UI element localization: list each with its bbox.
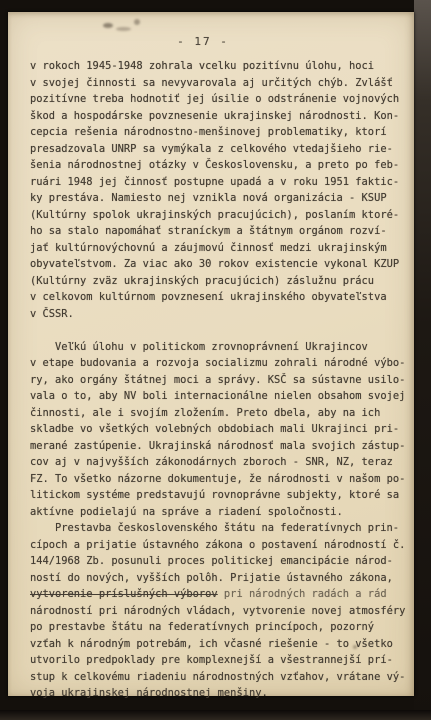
- text-line: ry, ako orgány štátnej moci a správy. KS…: [30, 372, 412, 389]
- page-number: - 17 -: [8, 35, 414, 48]
- text-line: v svojej činnosti sa nevyvarovala aj urč…: [30, 75, 412, 92]
- text-line: jať kultúrnovýchovnú a záujmovú činnosť …: [30, 240, 412, 257]
- text-line: litickom systéme predstavujú rovnoprávne…: [30, 487, 412, 504]
- book-gutter-shadow-right: [414, 0, 431, 720]
- text-segment: vzťah k národným potrebám, ich včasné ri…: [30, 638, 393, 650]
- document-page: - 17 - v rokoch 1945-1948 zohrala vcelku…: [8, 12, 414, 696]
- text-segment: škod a hospodárske povznesenie ukrajinsk…: [30, 110, 399, 122]
- text-line: vytvorenie príslušných výborov pri národ…: [30, 586, 412, 603]
- text-segment: šenia národnostnej otázky v Českoslovens…: [30, 159, 399, 171]
- text-line: cepcia rešenia národnostno-menšinovej pr…: [30, 124, 412, 141]
- text-segment: národností pri národných vládach, vytvor…: [30, 605, 405, 617]
- text-line: vala o to, aby NV boli internacionálne n…: [30, 388, 412, 405]
- text-line: presadzovala UNRP sa vymýkala z celkovéh…: [30, 141, 412, 158]
- text-segment: v ČSSR.: [30, 308, 74, 320]
- text-line: merané zastúpenie. Ukrajinská národnosť …: [30, 438, 412, 455]
- text-line: (Kultúrny zväz ukrajinských pracujúcich)…: [30, 273, 412, 290]
- text-line: 144/1968 Zb. posunuli proces politickej …: [30, 553, 412, 570]
- text-segment: litickom systéme predstavujú rovnoprávne…: [30, 489, 399, 501]
- text-line: šenia národnostnej otázky v Českoslovens…: [30, 157, 412, 174]
- text-line: škod a hospodárske povznesenie ukrajinsk…: [30, 108, 412, 125]
- text-line: voja ukrajinskej národnostnej menšiny.: [30, 685, 412, 702]
- text-line: po prestavbe štátu na federatívnych prin…: [30, 619, 412, 636]
- text-segment: cepcia rešenia národnostno-menšinovej pr…: [30, 126, 387, 138]
- text-segment: cípoch a prijatie ústavného zákona o pos…: [30, 539, 405, 551]
- text-segment: cov aj v najvyšších zákonodárnych zboroc…: [30, 456, 393, 468]
- text-line: ky prestáva. Namiesto nej vznikla nová o…: [30, 190, 412, 207]
- text-line: vzťah k národným potrebám, ich včasné ri…: [30, 636, 412, 653]
- text-segment: jať kultúrnovýchovnú a záujmovú činnosť …: [30, 242, 387, 254]
- text-line: ho sa stalo napomáhať straníckym a štátn…: [30, 223, 412, 240]
- scanned-book-photo: { "colors": { "frame_background": "#1410…: [0, 0, 431, 720]
- smudge-mark: [116, 27, 131, 31]
- text-segment: ho sa stalo napomáhať straníckym a štátn…: [30, 225, 387, 237]
- text-segment: stup k celkovému riadeniu národnostných …: [30, 671, 405, 683]
- text-line: v celkovom kultúrnom povznesení ukrajins…: [30, 289, 412, 306]
- text-line: v etape budovania a rozvoja socializmu z…: [30, 355, 412, 372]
- text-segment: skladbe vo všetkých volebných obdobiach …: [30, 423, 399, 435]
- text-segment: činnosti, ale i svojím zložením. Preto d…: [30, 407, 380, 419]
- text-segment: v rokoch 1945-1948 zohrala vcelku pozití…: [30, 60, 374, 72]
- text-segment: Veľkú úlohu v politickom zrovnoprávnení …: [55, 341, 368, 353]
- text-segment: 144/1968 Zb. posunuli proces politickej …: [30, 555, 393, 567]
- text-segment: obyvateľstvom. Za viac ako 30 rokov exis…: [30, 258, 399, 270]
- text-line: obyvateľstvom. Za viac ako 30 rokov exis…: [30, 256, 412, 273]
- text-block: v rokoch 1945-1948 zohrala vcelku pozití…: [30, 58, 412, 702]
- text-segment: v celkovom kultúrnom povznesení ukrajins…: [30, 291, 387, 303]
- text-line: stup k celkovému riadeniu národnostných …: [30, 669, 412, 686]
- smudge-mark: [134, 19, 140, 25]
- text-line: ností do nových, vyšších polôh. Prijatie…: [30, 570, 412, 587]
- text-segment: voja ukrajinskej národnostnej menšiny.: [30, 687, 268, 699]
- text-segment: ky prestáva. Namiesto nej vznikla nová o…: [30, 192, 387, 204]
- text-segment: utvorilo predpoklady pre komplexnejší a …: [30, 654, 393, 666]
- text-line: pozitívne treba hodnotiť jej úsilie o od…: [30, 91, 412, 108]
- paragraph: Veľkú úlohu v politickom zrovnoprávnení …: [30, 339, 412, 521]
- text-segment: Prestavba československého štátu na fede…: [55, 522, 399, 534]
- text-segment: (Kultúrny zväz ukrajinských pracujúcich)…: [30, 275, 374, 287]
- paragraph: Prestavba československého štátu na fede…: [30, 520, 412, 702]
- text-line: skladbe vo všetkých volebných obdobiach …: [30, 421, 412, 438]
- text-line: v rokoch 1945-1948 zohrala vcelku pozití…: [30, 58, 412, 75]
- text-line: činnosti, ale i svojím zložením. Preto d…: [30, 405, 412, 422]
- text-segment: aktívne podielajú na správe a riadení sp…: [30, 506, 343, 518]
- text-segment: FZ. To všetko názorne dokumentuje, že ná…: [30, 473, 405, 485]
- text-segment: ruári 1948 jej činnosť postupne upadá a …: [30, 176, 399, 188]
- text-line: Veľkú úlohu v politickom zrovnoprávnení …: [30, 339, 412, 356]
- text-segment: pozitívne treba hodnotiť jej úsilie o od…: [30, 93, 399, 105]
- text-line: (Kultúrny spolok ukrajinských pracujúcic…: [30, 207, 412, 224]
- text-line: v ČSSR.: [30, 306, 412, 323]
- text-line: cov aj v najvyšších zákonodárnych zboroc…: [30, 454, 412, 471]
- text-segment: vala o to, aby NV boli internacionálne n…: [30, 390, 405, 402]
- text-segment: pri národných radách a rád: [218, 588, 387, 600]
- struck-text: vytvorenie príslušných výborov: [30, 588, 218, 600]
- paragraph: v rokoch 1945-1948 zohrala vcelku pozití…: [30, 58, 412, 322]
- text-line: aktívne podielajú na správe a riadení sp…: [30, 504, 412, 521]
- text-segment: ností do nových, vyšších polôh. Prijatie…: [30, 572, 393, 584]
- text-line: Prestavba československého štátu na fede…: [30, 520, 412, 537]
- text-line: ruári 1948 jej činnosť postupne upadá a …: [30, 174, 412, 191]
- text-segment: v svojej činnosti sa nevyvarovala aj urč…: [30, 77, 393, 89]
- text-segment: po prestavbe štátu na federatívnych prin…: [30, 621, 374, 633]
- text-segment: merané zastúpenie. Ukrajinská národnosť …: [30, 440, 405, 452]
- text-segment: v etape budovania a rozvoja socializmu z…: [30, 357, 405, 369]
- text-line: cípoch a prijatie ústavného zákona o pos…: [30, 537, 412, 554]
- smudge-mark: [103, 23, 113, 28]
- book-edge-shadow-bottom: [0, 710, 431, 720]
- text-line: národností pri národných vládach, vytvor…: [30, 603, 412, 620]
- text-segment: ry, ako orgány štátnej moci a správy. KS…: [30, 374, 405, 386]
- text-segment: presadzovala UNRP sa vymýkala z celkovéh…: [30, 143, 393, 155]
- text-segment: (Kultúrny spolok ukrajinských pracujúcic…: [30, 209, 399, 221]
- text-line: FZ. To všetko názorne dokumentuje, že ná…: [30, 471, 412, 488]
- text-line: utvorilo predpoklady pre komplexnejší a …: [30, 652, 412, 669]
